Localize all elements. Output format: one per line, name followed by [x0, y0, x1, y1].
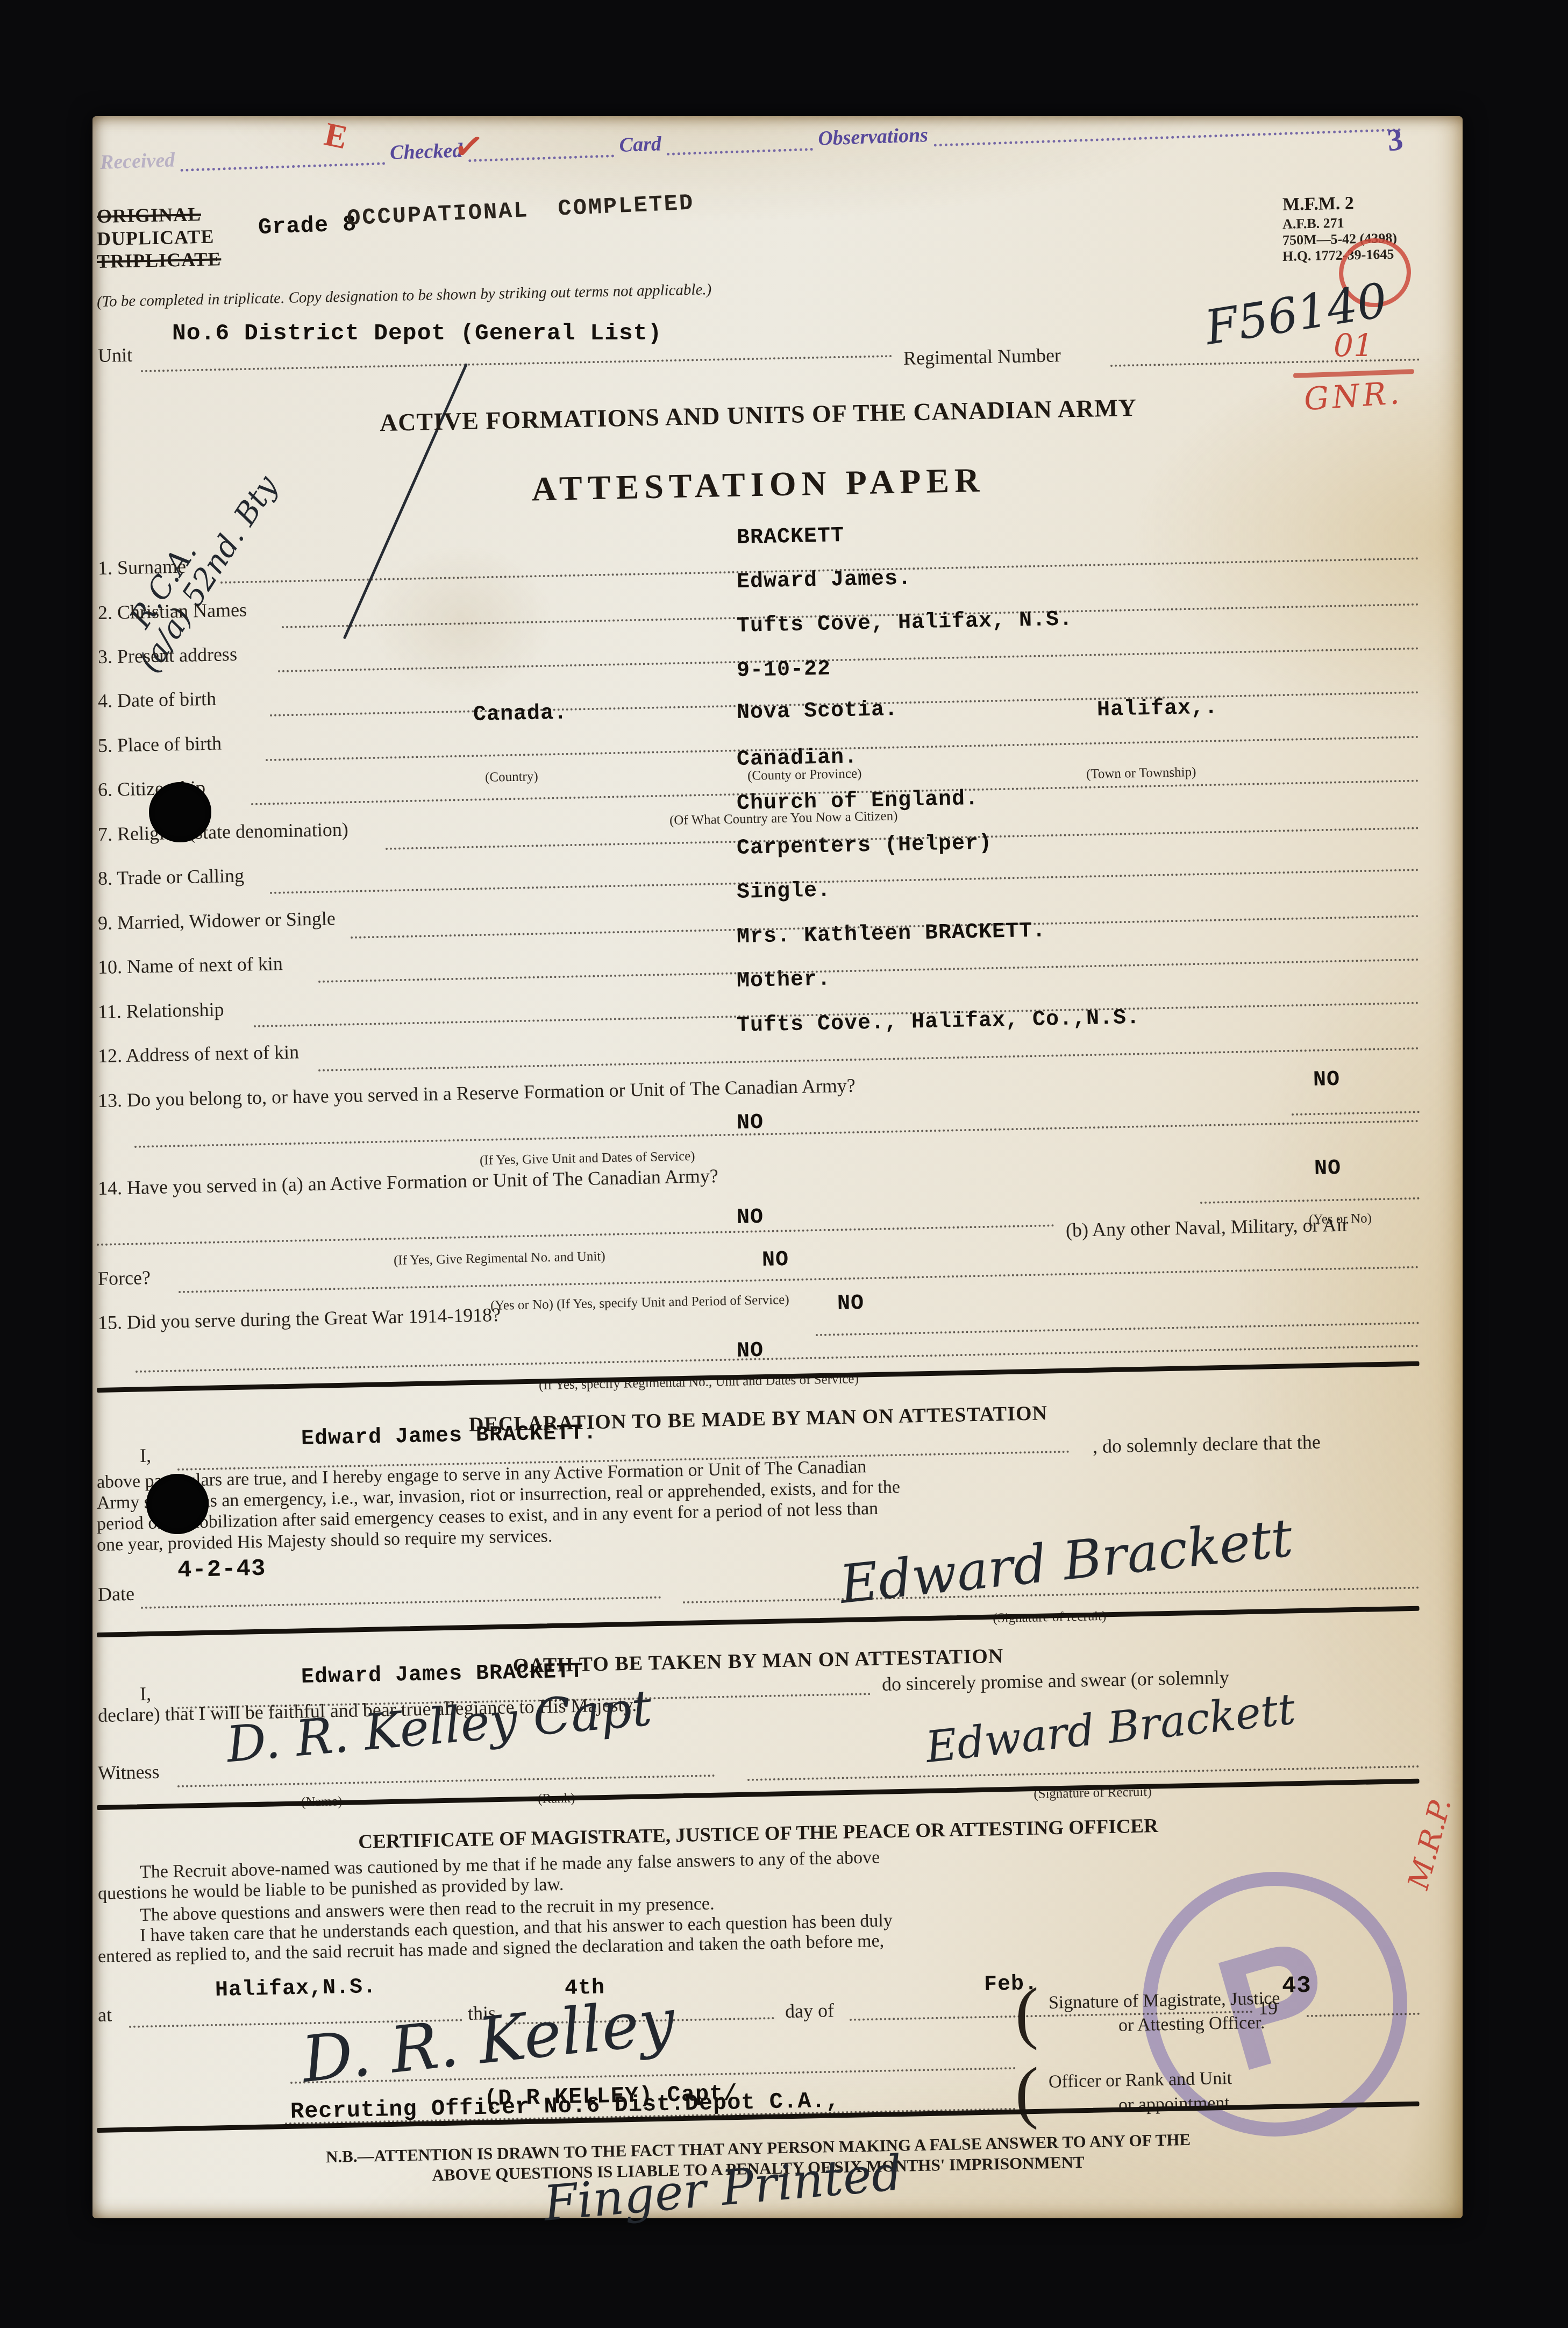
q8-dotted-line: [270, 868, 1420, 894]
q14-label: 14. Have you served in (a) an Active For…: [98, 1165, 719, 1200]
q5-caption-town: (Town or Township): [1086, 765, 1196, 782]
q12-label: 12. Address of next of kin: [98, 1040, 300, 1067]
q14-force-answer: NO: [762, 1248, 789, 1273]
copy-original: ORIGINAL: [97, 203, 202, 228]
q15-dotted-line-1: [816, 1321, 1420, 1336]
q2-label: 2. Christian Names: [98, 598, 247, 624]
q13-dotted-line-short: [1292, 1110, 1420, 1116]
witness-dotted-line: [177, 1773, 715, 1787]
red-01-note: 01: [1334, 327, 1373, 364]
q3-label: 3. Present address: [98, 643, 238, 668]
scanned-attestation-paper: Received Checked Card Observations E ✓ 3…: [0, 0, 1568, 2328]
brace-1: (: [1015, 1977, 1038, 2047]
certificate-at-label: at: [98, 2003, 112, 2026]
dotted-line: [181, 160, 385, 172]
declaration-date-dotted: [141, 1595, 661, 1609]
q8-label: 8. Trade or Calling: [98, 864, 245, 890]
form-title: ACTIVE FORMATIONS AND UNITS OF THE CANAD…: [97, 387, 1420, 442]
paper-sheet: Received Checked Card Observations E ✓ 3…: [92, 116, 1463, 2218]
q15-answer-1: NO: [837, 1291, 865, 1316]
q11-answer: Mother.: [737, 967, 831, 993]
q13-answer-right: NO: [1313, 1068, 1341, 1092]
declaration-i-label: I,: [140, 1444, 152, 1467]
purple-end-mark: 3: [1386, 121, 1405, 159]
q14-answer-b: NO: [737, 1205, 764, 1230]
q3-dotted-line: [278, 646, 1420, 672]
declaration-date-value: 4-2-43: [177, 1556, 266, 1584]
page-title: ATTESTATION PAPER: [97, 451, 1420, 517]
q12-dotted-line: [318, 1046, 1420, 1071]
q7-label: 7. Religion (state denomination): [98, 818, 349, 846]
q10-answer: Mrs. Kathleen BRACKETT.: [737, 919, 1046, 949]
oath-recruit-dotted: [747, 1764, 1420, 1781]
q2-answer: Edward James.: [737, 566, 912, 594]
copy-duplicate: DUPLICATE: [97, 225, 215, 250]
certificate-cap2b: or appointment.: [1118, 2093, 1235, 2116]
q9-answer: Single.: [737, 878, 831, 905]
section-rule-2: [97, 1606, 1420, 1637]
oath-lead: do sincerely promise and swear (or solem…: [882, 1666, 1230, 1695]
q5-label: 5. Place of birth: [98, 732, 222, 757]
certificate-cap2a: Officer or Rank and Unit: [1049, 2068, 1232, 2092]
declaration-signature: Edward Brackett: [837, 1507, 1295, 1616]
grade-note: Grade 8: [258, 211, 357, 240]
q9-label: 9. Married, Widower or Single: [98, 907, 336, 934]
q4-answer: 9-10-22: [737, 657, 831, 683]
certificate-cap1b: or Attesting Officer.: [1118, 2013, 1265, 2036]
q6-answer: Canadian.: [737, 745, 858, 772]
certificate-year-value: 43: [1281, 1972, 1312, 2000]
unit-value: No.6 District Depot (General List): [172, 320, 662, 346]
declaration-lead: , do solemnly declare that the: [1093, 1430, 1321, 1457]
q14-label-b: (b) Any other Naval, Military, or Air: [1066, 1213, 1349, 1241]
oath-i-label: I,: [140, 1683, 152, 1705]
observations-label: Observations: [818, 123, 929, 151]
q11-label: 11. Relationship: [98, 998, 224, 1023]
unit-label: Unit: [98, 344, 133, 367]
received-label: Received: [99, 148, 175, 174]
dotted-line: [468, 152, 615, 162]
dotted-line: [667, 146, 813, 155]
dotted-line: [933, 126, 1401, 147]
certificate-at-value: Halifax,N.S.: [215, 1975, 377, 2003]
admin-strip: Received Checked Card Observations: [99, 108, 1401, 174]
hole-punch-top: [149, 782, 211, 842]
witness-signature: D. R. Kelley Capt: [224, 1679, 654, 1774]
q14-caption-b: (If Yes, Give Regimental No. and Unit): [394, 1249, 605, 1268]
oath-name-typed: Edward James BRACKETT: [301, 1659, 584, 1690]
q13-label: 13. Do you belong to, or have you served…: [98, 1074, 856, 1112]
q14-force-dotted-line: [179, 1265, 1420, 1293]
red-card-checkmark: ✓: [451, 124, 487, 170]
witness-label: Witness: [98, 1761, 160, 1784]
certificate-day-label: day of: [785, 1999, 835, 2022]
q5-answer-country: Canada.: [473, 701, 568, 727]
form-ref-2: A.F.B. 271: [1282, 215, 1344, 232]
q14-dotted-line-a: [1200, 1196, 1420, 1204]
form-ref-1: M.F.M. 2: [1282, 193, 1355, 215]
copy-triplicate: TRIPLICATE: [97, 247, 222, 273]
q5-answer-province: Nova Scotia.: [737, 698, 899, 725]
occupational-stamp: OCCUPATIONAL COMPLETED: [346, 190, 695, 231]
q14-force-caption: (Yes or No) (If Yes, specify Unit and Pe…: [490, 1293, 789, 1314]
q8-answer: Carpenters (Helper): [737, 831, 993, 861]
q4-label: 4. Date of birth: [98, 687, 217, 712]
q15-label: 15. Did you serve during the Great War 1…: [98, 1303, 501, 1334]
triplicate-note: (To be completed in triplicate. Copy des…: [97, 281, 712, 311]
q1-label: 1. Surname: [98, 555, 187, 579]
q10-label: 10. Name of next of kin: [98, 952, 283, 978]
q3-answer: Tufts Cove, Halifax, N.S.: [737, 607, 1073, 638]
q5-answer-town: Halifax,.: [1097, 695, 1218, 722]
oath-recruit-signature: Edward Brackett: [923, 1684, 1298, 1772]
q5-caption-country: (Country): [485, 769, 538, 785]
q7-answer: Church of England.: [737, 787, 979, 816]
q14-dotted-line-b: [97, 1223, 1055, 1246]
q14-answer-a: NO: [1314, 1156, 1342, 1181]
declaration-date-label: Date: [98, 1582, 135, 1606]
regimental-number-label: Regimental Number: [903, 344, 1061, 370]
q13-dotted-line: [134, 1119, 1420, 1148]
q10-dotted-line: [318, 957, 1420, 983]
q1-answer: BRACKETT: [737, 524, 845, 550]
declaration-name-typed: Edward James BRACKETT.: [301, 1421, 597, 1451]
q12-answer: Tufts Cove., Halifax, Co.,N.S.: [737, 1006, 1141, 1038]
hole-punch-bottom: [146, 1474, 209, 1534]
unit-dotted-line: [141, 354, 893, 372]
card-label: Card: [619, 132, 662, 157]
q14-force-label: Force?: [98, 1266, 151, 1290]
brace-2: (: [1015, 2057, 1038, 2127]
